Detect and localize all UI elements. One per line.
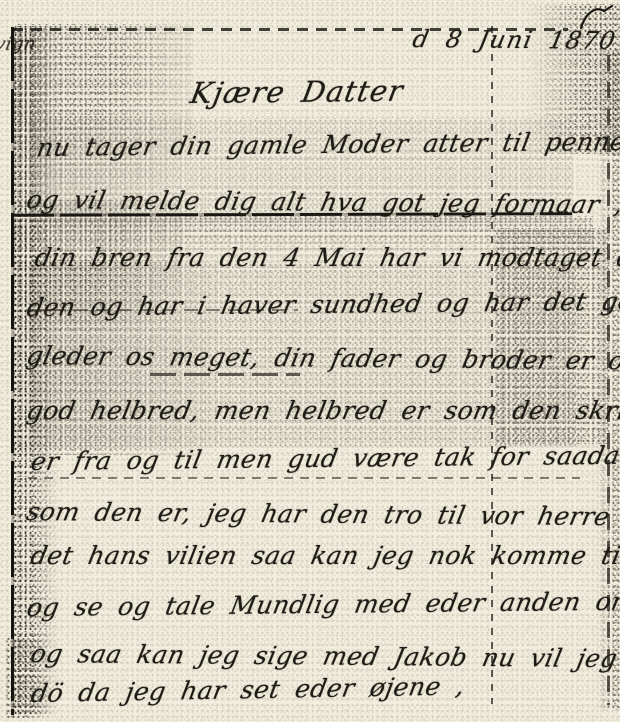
letter-line: og vil melde dig alt hva got jeg formaar… xyxy=(24,185,620,219)
letter-date: d 8 Juni 1870 xyxy=(410,25,619,55)
letter-line: den og har i haver sundhed og har det go… xyxy=(25,285,620,322)
letter-line: som den er, jeg har den tro til vor herr… xyxy=(24,497,620,531)
letter-line: gleder os meget, din fader og broder er … xyxy=(24,341,620,376)
letter-line: god helbred, men helbred er som den skri… xyxy=(24,396,620,425)
letter-line: din bren fra den 4 Mai har vi modtaget d… xyxy=(32,243,620,272)
letter-line: nu tager din gamle Moder atter til penne… xyxy=(35,127,620,162)
fold-line-horizontal-lower xyxy=(28,477,580,479)
scanned-letter-page: vign d 8 Juni 1870 Kjære Datter nu tager… xyxy=(0,0,620,722)
letter-line: dö da jeg har set eder øjene , xyxy=(29,671,467,708)
letter-greeting: Kjære Datter xyxy=(188,74,407,110)
letter-line: det hans vilien saa kan jeg nok komme ti… xyxy=(28,541,620,570)
letter-line: er fra og til men gud være tak for saada… xyxy=(29,441,620,476)
ink-strike-mark xyxy=(150,373,300,376)
letter-line: og se og tale Mundlig med eder anden omg… xyxy=(25,586,620,622)
scan-edge-left xyxy=(11,27,14,715)
letter-margin-note: vign xyxy=(0,33,38,55)
letter-line: og saa kan jeg sige med Jakob nu vil jeg… xyxy=(28,639,620,674)
